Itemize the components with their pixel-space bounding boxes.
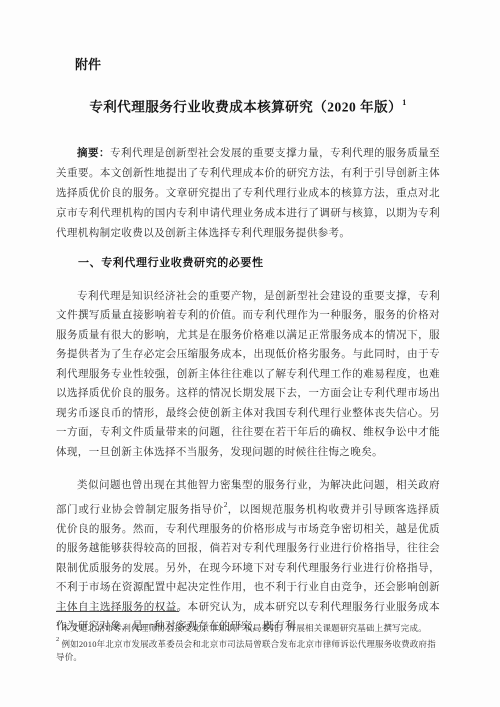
footnote-2: 2例如2010年北京市发展改革委员会和北京市司法局曾联合发布北京市律师诉讼代理服… [56, 635, 440, 664]
footnotes-section: 1本文是北京市专利代理师协会接受北京市知识产权局委托，开展相关课题研究基础上撰写… [56, 611, 440, 664]
abstract-text: 专利代理是创新型社会发展的重要支撑力量，专利代理的服务质量至关重要。本文创新性地… [56, 148, 440, 239]
footnote-2-text: 例如2010年北京市发展改革委员会和北京市司法局曾联合发布北京市律师诉讼代理服务… [56, 639, 436, 662]
section-heading: 一、专利代理行业收费研究的必要性 [56, 256, 440, 271]
abstract-label: 摘要： [77, 148, 110, 159]
footnote-1: 1本文是北京市专利代理师协会接受北京市知识产权局委托，开展相关课题研究基础上撰写… [56, 619, 440, 635]
document-title: 专利代理服务行业收费成本核算研究（2020 年版）1 [56, 95, 440, 117]
footnote-2-ref: 2 [56, 636, 59, 643]
footnote-1-text: 本文是北京市专利代理师协会接受北京市知识产权局委托，开展相关课题研究基础上撰写完… [61, 623, 426, 633]
title-footnote-ref: 1 [402, 98, 407, 107]
inline-footnote-ref-2: 2 [224, 500, 228, 509]
attachment-label: 附件 [75, 56, 440, 74]
body-paragraph-1: 专利代理是知识经济社会的重要产物，是创新型社会建设的重要支撑，专利文件撰写质量直… [56, 287, 440, 463]
document-title-text: 专利代理服务行业收费成本核算研究（2020 年版） [89, 100, 402, 115]
footnote-1-ref: 1 [56, 621, 59, 628]
abstract-paragraph: 摘要：专利代理是创新型社会发展的重要支撑力量，专利代理的服务质量至关重要。本文创… [56, 144, 440, 244]
document-page: 附件 专利代理服务行业收费成本核算研究（2020 年版）1 摘要：专利代理是创新… [0, 0, 500, 707]
footnote-separator-rule [56, 611, 179, 612]
